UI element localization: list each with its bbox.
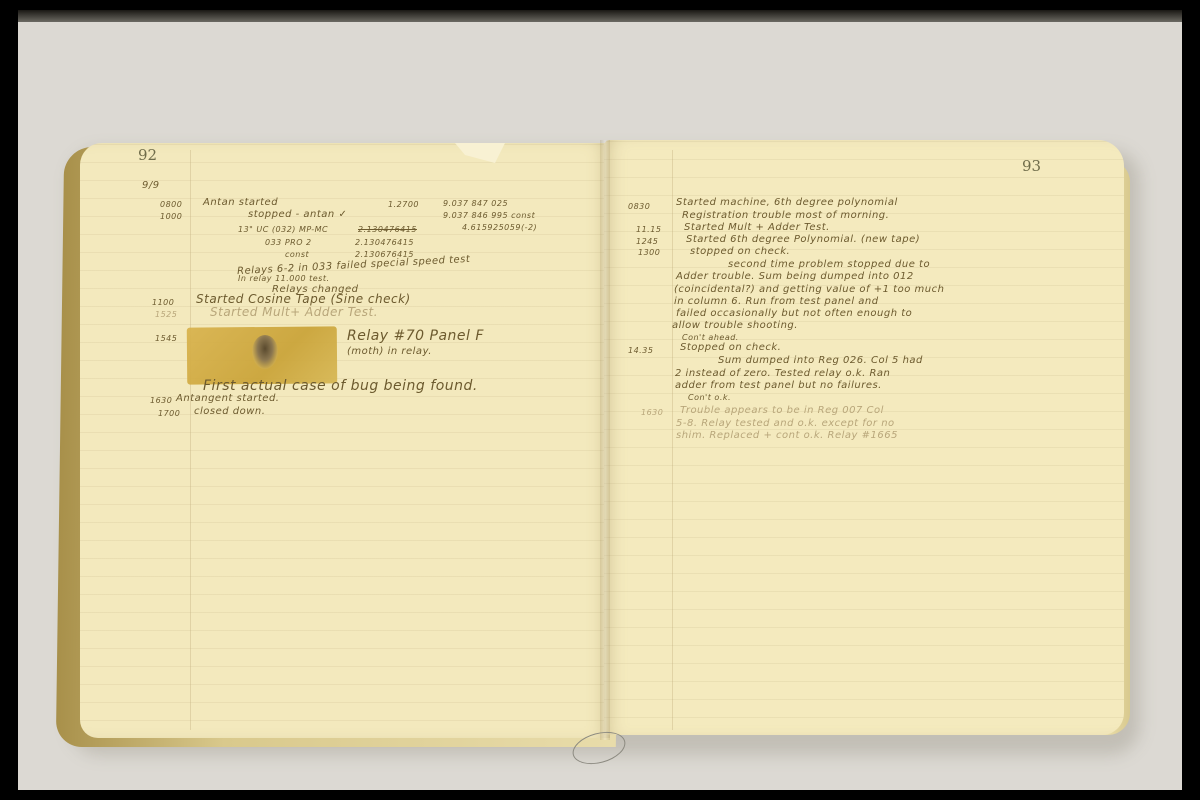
- entry-text: Antan started: [203, 197, 278, 208]
- entry-time: 0800: [160, 200, 182, 209]
- entry-text: (coincidental?) and getting value of +1 …: [674, 284, 944, 295]
- entry-text: Relay #70 Panel F: [347, 328, 484, 344]
- entry-text: Started Cosine Tape (Sine check): [196, 292, 411, 306]
- entry-time: 1525: [155, 310, 177, 319]
- first-bug-caption: First actual case of bug being found.: [203, 378, 478, 394]
- right-page-number: 93: [1022, 157, 1041, 175]
- backdrop-top-edge: [18, 10, 1182, 22]
- entry-time: 11.15: [636, 225, 661, 234]
- entry-text: Started 6th degree Polynomial. (new tape…: [686, 234, 920, 245]
- entry-time: 1630: [641, 408, 663, 417]
- entry-text: (moth) in relay.: [347, 346, 432, 357]
- entry-text: Adder trouble. Sum being dumped into 012: [676, 271, 914, 282]
- date-label: 9/9: [142, 180, 160, 191]
- entry-text: 13" UC (032) MP-MC: [238, 225, 328, 234]
- moth-icon: [252, 335, 278, 369]
- calc-crossed: 2.130476415: [358, 225, 417, 234]
- entry-text: Trouble appears to be in Reg 007 Col: [680, 405, 884, 416]
- entry-time: 1000: [160, 212, 182, 221]
- entry-text: adder from test panel but no failures.: [675, 380, 882, 391]
- entry-text: Started Mult+ Adder Test.: [210, 305, 378, 319]
- page-gutter: [600, 140, 610, 740]
- entry-time: 1300: [638, 248, 660, 257]
- entry-text: const: [285, 250, 309, 259]
- entry-time: 1630: [150, 396, 172, 405]
- bracket-label: 1.2700: [388, 200, 419, 209]
- right-margin-line: [672, 150, 673, 730]
- entry-text: in column 6. Run from test panel and: [674, 296, 879, 307]
- entry-time: 1545: [155, 334, 177, 343]
- calc-pro2: 2.130476415: [355, 238, 414, 247]
- entry-time: 0830: [628, 202, 650, 211]
- entry-time: 14.35: [628, 346, 653, 355]
- calc-result: 4.615925059(-2): [462, 223, 537, 232]
- entry-text: allow trouble shooting.: [672, 320, 798, 331]
- entry-time: 1245: [636, 237, 658, 246]
- entry-text: Started Mult + Adder Test.: [684, 222, 830, 233]
- entry-time: 1700: [158, 409, 180, 418]
- entry-text: Con't o.k.: [688, 393, 731, 402]
- entry-text: Antangent started.: [176, 393, 279, 404]
- entry-time: 1100: [152, 298, 174, 307]
- entry-text: failed occasionally but not often enough…: [676, 308, 912, 319]
- entry-text: Started machine, 6th degree polynomial: [676, 197, 898, 208]
- entry-text: Registration trouble most of morning.: [682, 210, 889, 221]
- entry-text: stopped on check.: [690, 246, 790, 257]
- entry-text: stopped - antan ✓: [248, 209, 347, 220]
- entry-text: Stopped on check.: [680, 342, 781, 353]
- left-page: [80, 143, 610, 738]
- entry-text: Sum dumped into Reg 026. Col 5 had: [718, 355, 923, 366]
- left-margin-line: [190, 150, 191, 730]
- entry-text: second time problem stopped due to: [728, 259, 930, 270]
- entry-text: In relay 11.000 test.: [238, 274, 330, 283]
- entry-text: 033 PRO 2: [265, 238, 312, 247]
- entry-text: Con't ahead.: [682, 333, 739, 342]
- entry-text: closed down.: [194, 406, 265, 417]
- entry-text: 2 instead of zero. Tested relay o.k. Ran: [675, 368, 890, 379]
- entry-text: 5-8. Relay tested and o.k. except for no: [676, 418, 895, 429]
- left-page-number: 92: [138, 146, 157, 164]
- entry-text: shim. Replaced + cont o.k. Relay #1665: [676, 430, 898, 441]
- calc-value: 9.037 847 025: [443, 199, 508, 208]
- calc-value: 9.037 846 995 const: [443, 211, 535, 220]
